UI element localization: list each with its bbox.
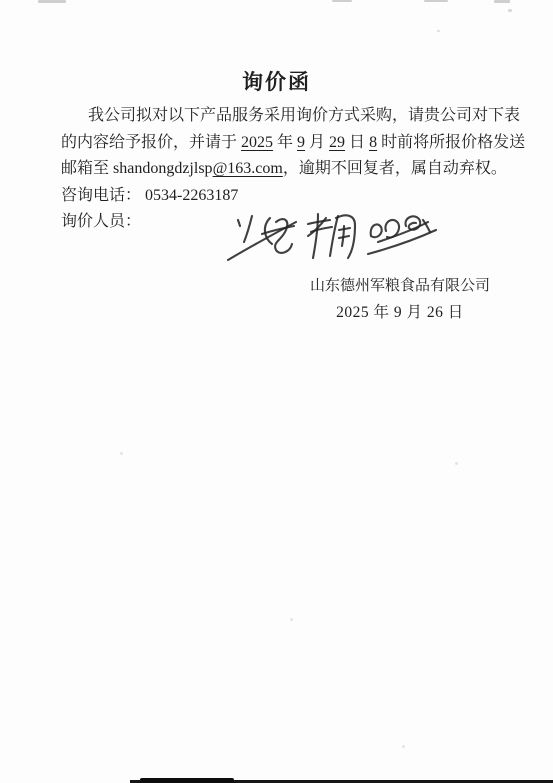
body-line-2-text: 的内容给予报价，并请于 — [61, 134, 241, 151]
company-name: 山东德州军粮食品有限公司 — [293, 274, 507, 300]
signoff-block: 山东德州军粮食品有限公司 2025 年 9 月 26 日 — [293, 274, 507, 325]
document-title: 询价函 — [0, 66, 553, 96]
year-unit: 年 — [273, 134, 297, 151]
body-line-3-tail: ，逾期不回复者，属自动弃权。 — [283, 160, 507, 177]
email-prefix: 邮箱至 shandongdzjlsp — [61, 160, 213, 177]
deadline-day: 29 — [329, 134, 345, 151]
signature-1 — [228, 216, 296, 260]
scan-artifact — [437, 30, 440, 32]
signoff-date: 2025 年 9 月 26 日 — [293, 300, 507, 326]
body-line-2: 的内容给予报价，并请于 2025 年 9 月 29 日 8 时前将所报价格发送 — [61, 130, 513, 157]
scan-speck — [402, 745, 405, 748]
document-page: 询价函 我公司拟对以下产品服务采用询价方式采购，请贵公司对下表 的内容给予报价，… — [0, 0, 553, 783]
signature-3 — [368, 216, 436, 254]
month-unit: 月 — [305, 134, 329, 151]
body-line-1: 我公司拟对以下产品服务采用询价方式采购，请贵公司对下表 — [61, 103, 513, 130]
signature-2 — [308, 214, 355, 258]
scan-artifact — [494, 0, 510, 3]
body-line-2-tail: 时前将所报价格发送 — [377, 134, 525, 151]
scan-speck — [290, 618, 293, 621]
scan-artifact — [424, 0, 448, 2]
scan-artifact — [332, 0, 352, 2]
scan-artifact — [508, 9, 512, 12]
scan-speck — [455, 462, 458, 465]
email-domain: @163.com — [213, 160, 283, 177]
body-line-3: 邮箱至 shandongdzjlsp@163.com，逾期不回复者，属自动弃权。 — [61, 156, 513, 183]
scan-speck — [120, 452, 123, 455]
deadline-year: 2025 — [241, 134, 273, 151]
deadline-month: 9 — [297, 134, 305, 151]
deadline-hour: 8 — [369, 134, 377, 151]
signatures — [218, 198, 448, 273]
scan-edge-blob — [140, 778, 234, 783]
scan-artifact — [38, 0, 66, 3]
day-unit: 日 — [345, 134, 369, 151]
